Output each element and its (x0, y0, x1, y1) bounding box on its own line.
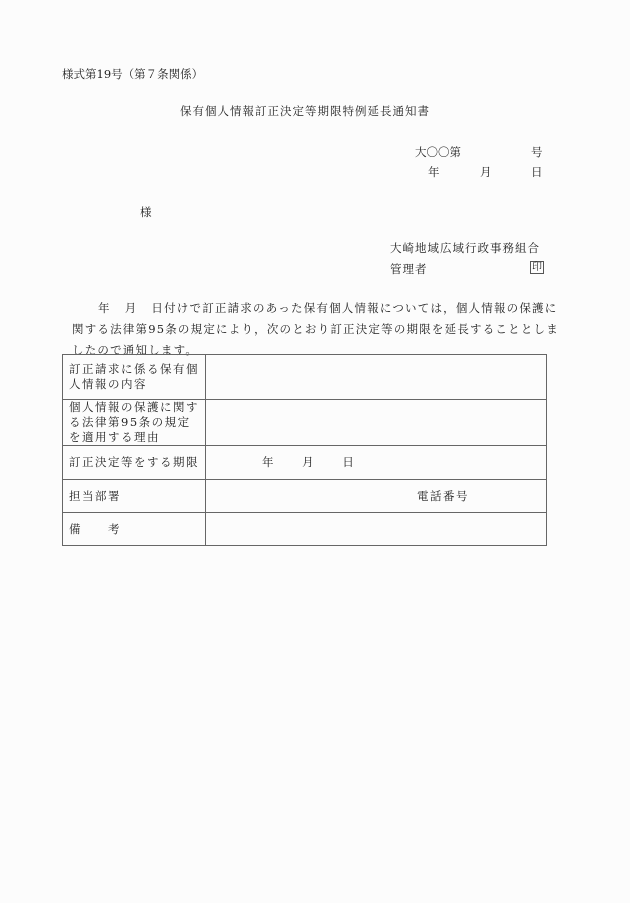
form-number: 様式第19号（第７条関係） (62, 66, 203, 82)
remarks-value[interactable] (206, 513, 547, 546)
body-text: 付けで訂正請求のあった保有個人情報については，個人情報の保護に関する法律第95条… (72, 301, 559, 357)
table-row: 個人情報の保護に関する法律第95条の規定を適用する理由 (63, 400, 547, 446)
document-number: 大〇〇第 号 (415, 144, 461, 160)
date-year: 年 (428, 164, 440, 180)
row-label: 個人情報の保護に関する法律第95条の規定を適用する理由 (63, 400, 206, 446)
row-label: 備 考 (63, 513, 206, 546)
date-day: 日 (531, 164, 543, 180)
row-label: 訂正請求に係る保有個人情報の内容 (63, 355, 206, 400)
row-label: 訂正決定等をする期限 (63, 446, 206, 480)
table-row: 担当部署 電話番号 (63, 480, 547, 513)
body-month: 月 (125, 301, 138, 315)
deadline-day: 日 (342, 455, 355, 470)
sender-org: 大崎地域広域行政事務組合 (390, 240, 540, 256)
deadline-month: 月 (302, 455, 315, 470)
phone-label: 電話番号 (417, 489, 469, 503)
date-month: 月 (480, 164, 492, 180)
doc-number-prefix: 大〇〇第 (415, 145, 461, 159)
extension-table: 訂正請求に係る保有個人情報の内容 個人情報の保護に関する法律第95条の規定を適用… (62, 354, 547, 546)
addressee: 様 (140, 204, 152, 220)
row-value[interactable] (206, 400, 547, 446)
sender-title: 管理者 (390, 261, 428, 277)
doc-number-suffix: 号 (531, 144, 543, 160)
deadline-value[interactable]: 年 月 日 (206, 446, 547, 480)
row-value[interactable] (206, 355, 547, 400)
body-day: 日 (151, 301, 164, 315)
document-title: 保有個人情報訂正決定等期限特例延長通知書 (180, 103, 430, 119)
department-value[interactable]: 電話番号 (206, 480, 547, 513)
body-year: 年 (98, 301, 111, 315)
table-row: 訂正決定等をする期限 年 月 日 (63, 446, 547, 480)
table-row: 備 考 (63, 513, 547, 546)
row-label: 担当部署 (63, 480, 206, 513)
body-paragraph: 年月日付けで訂正請求のあった保有個人情報については，個人情報の保護に関する法律第… (72, 298, 562, 361)
seal-icon: 印 (530, 261, 544, 274)
deadline-year: 年 (262, 455, 275, 470)
table-row: 訂正請求に係る保有個人情報の内容 (63, 355, 547, 400)
